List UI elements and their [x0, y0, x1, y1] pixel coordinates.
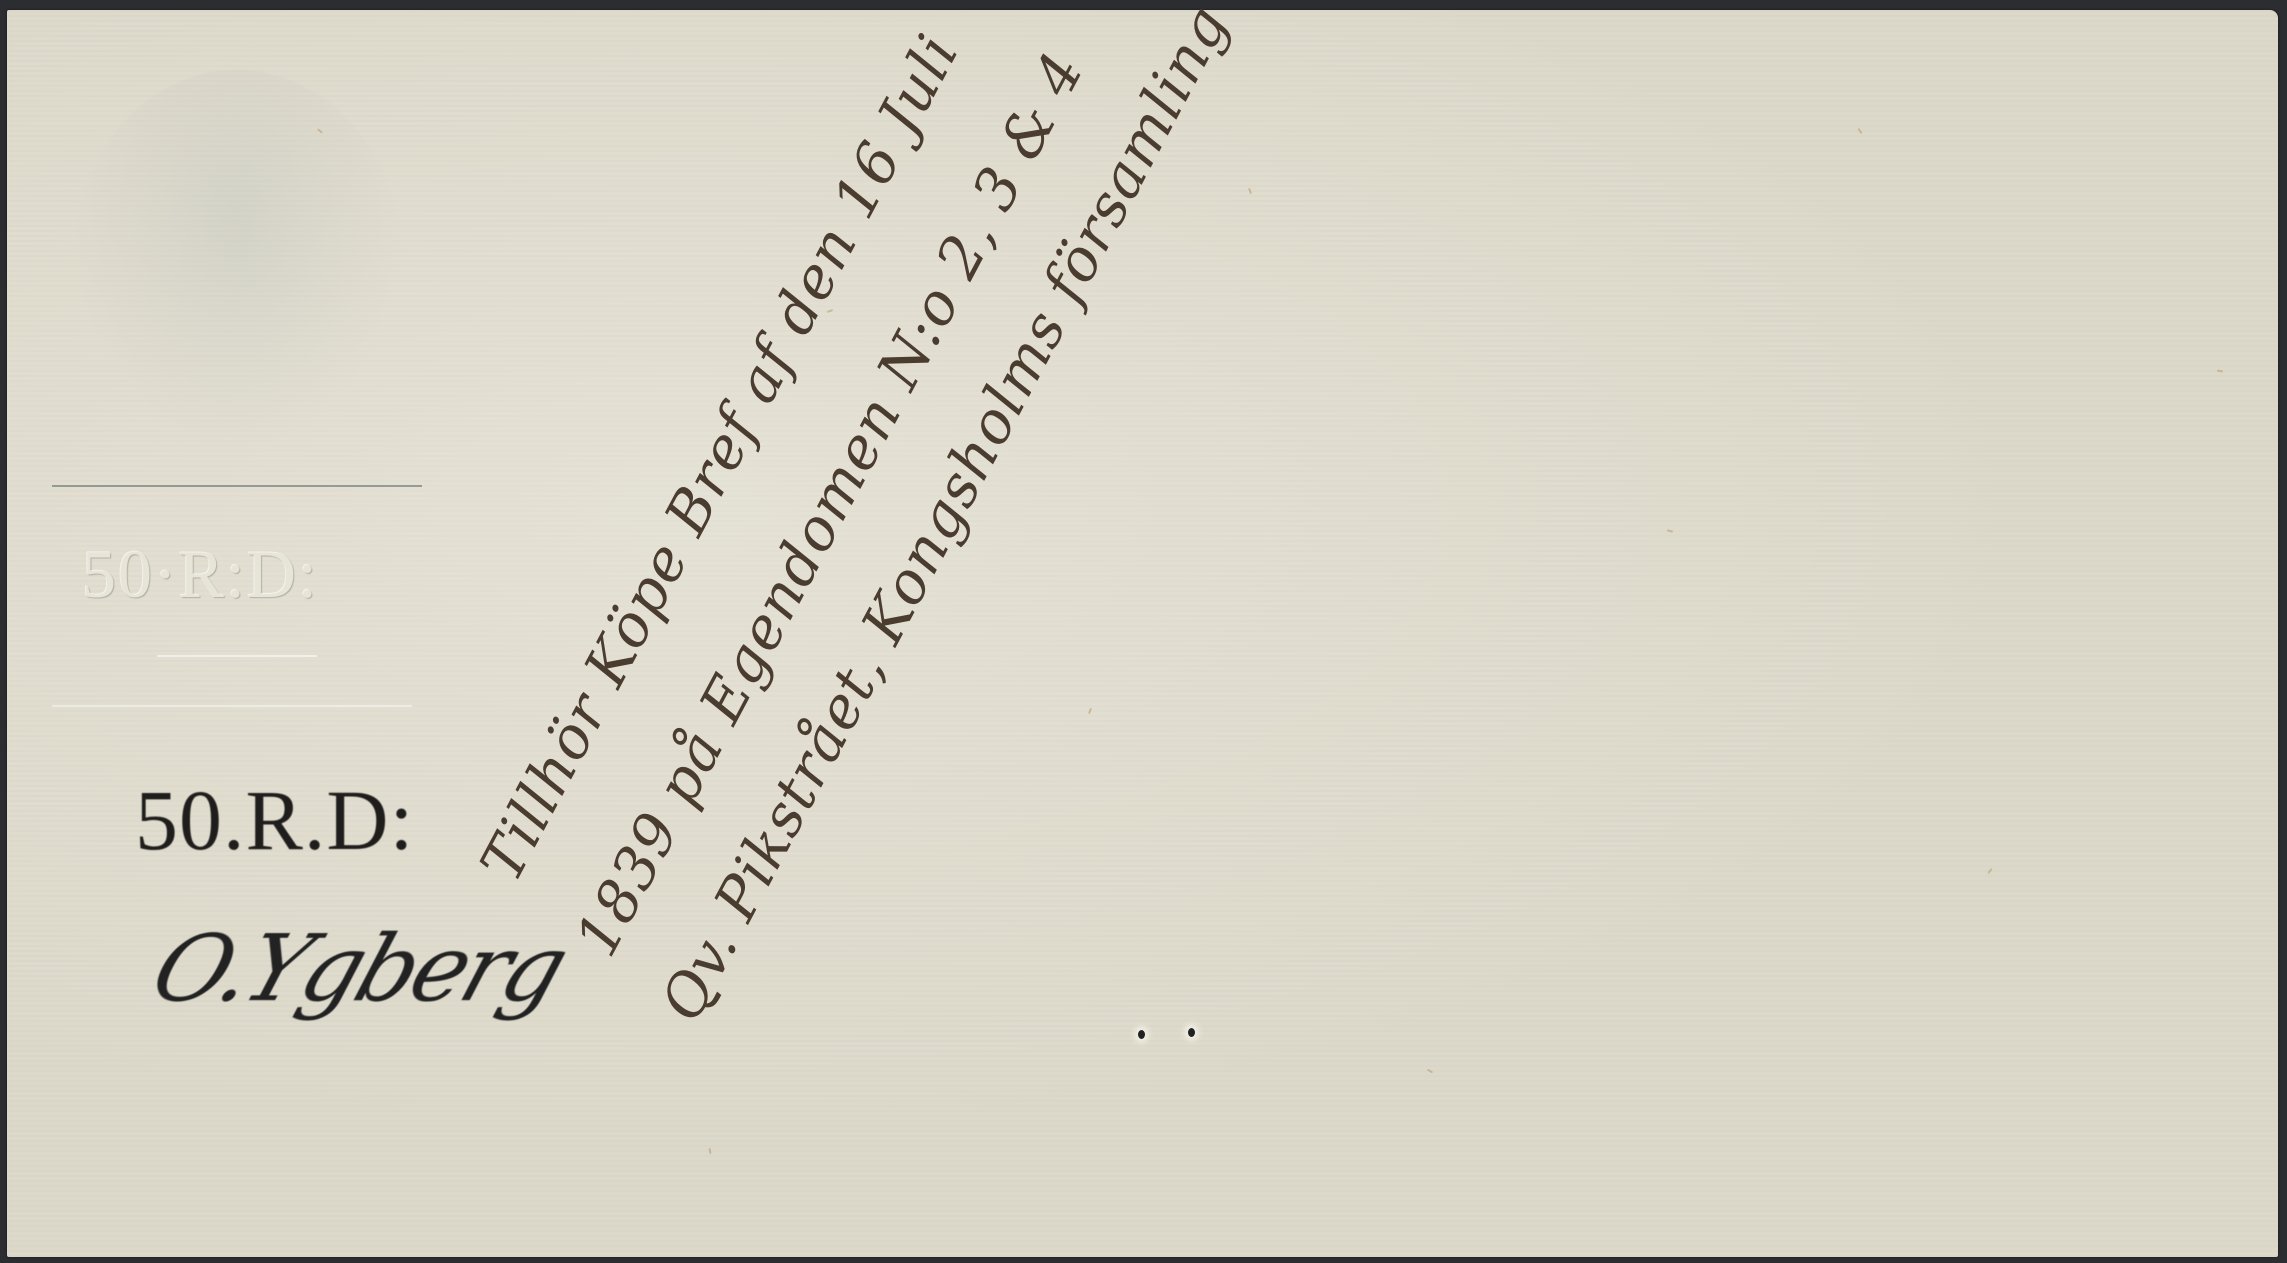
pinhole — [1188, 1028, 1195, 1037]
emboss-rule-top — [52, 485, 422, 487]
printed-signature: O.Ygberg — [140, 915, 578, 1022]
emboss-rule-bottom — [157, 655, 317, 657]
denomination-stamp: 50.R.D: — [135, 770, 414, 870]
banknote-paper: 50·R:D: 50.R.D: O.Ygberg Tillhör Köpe Br… — [7, 10, 2278, 1257]
embossed-emblem — [72, 70, 402, 450]
embossed-watermark: 50·R:D: — [52, 40, 412, 680]
inscription-line-3: Qv. Pikstrået, Kongsholms församling — [647, 0, 1242, 1032]
pinhole — [1138, 1030, 1145, 1039]
embossed-value: 50·R:D: — [82, 535, 319, 614]
